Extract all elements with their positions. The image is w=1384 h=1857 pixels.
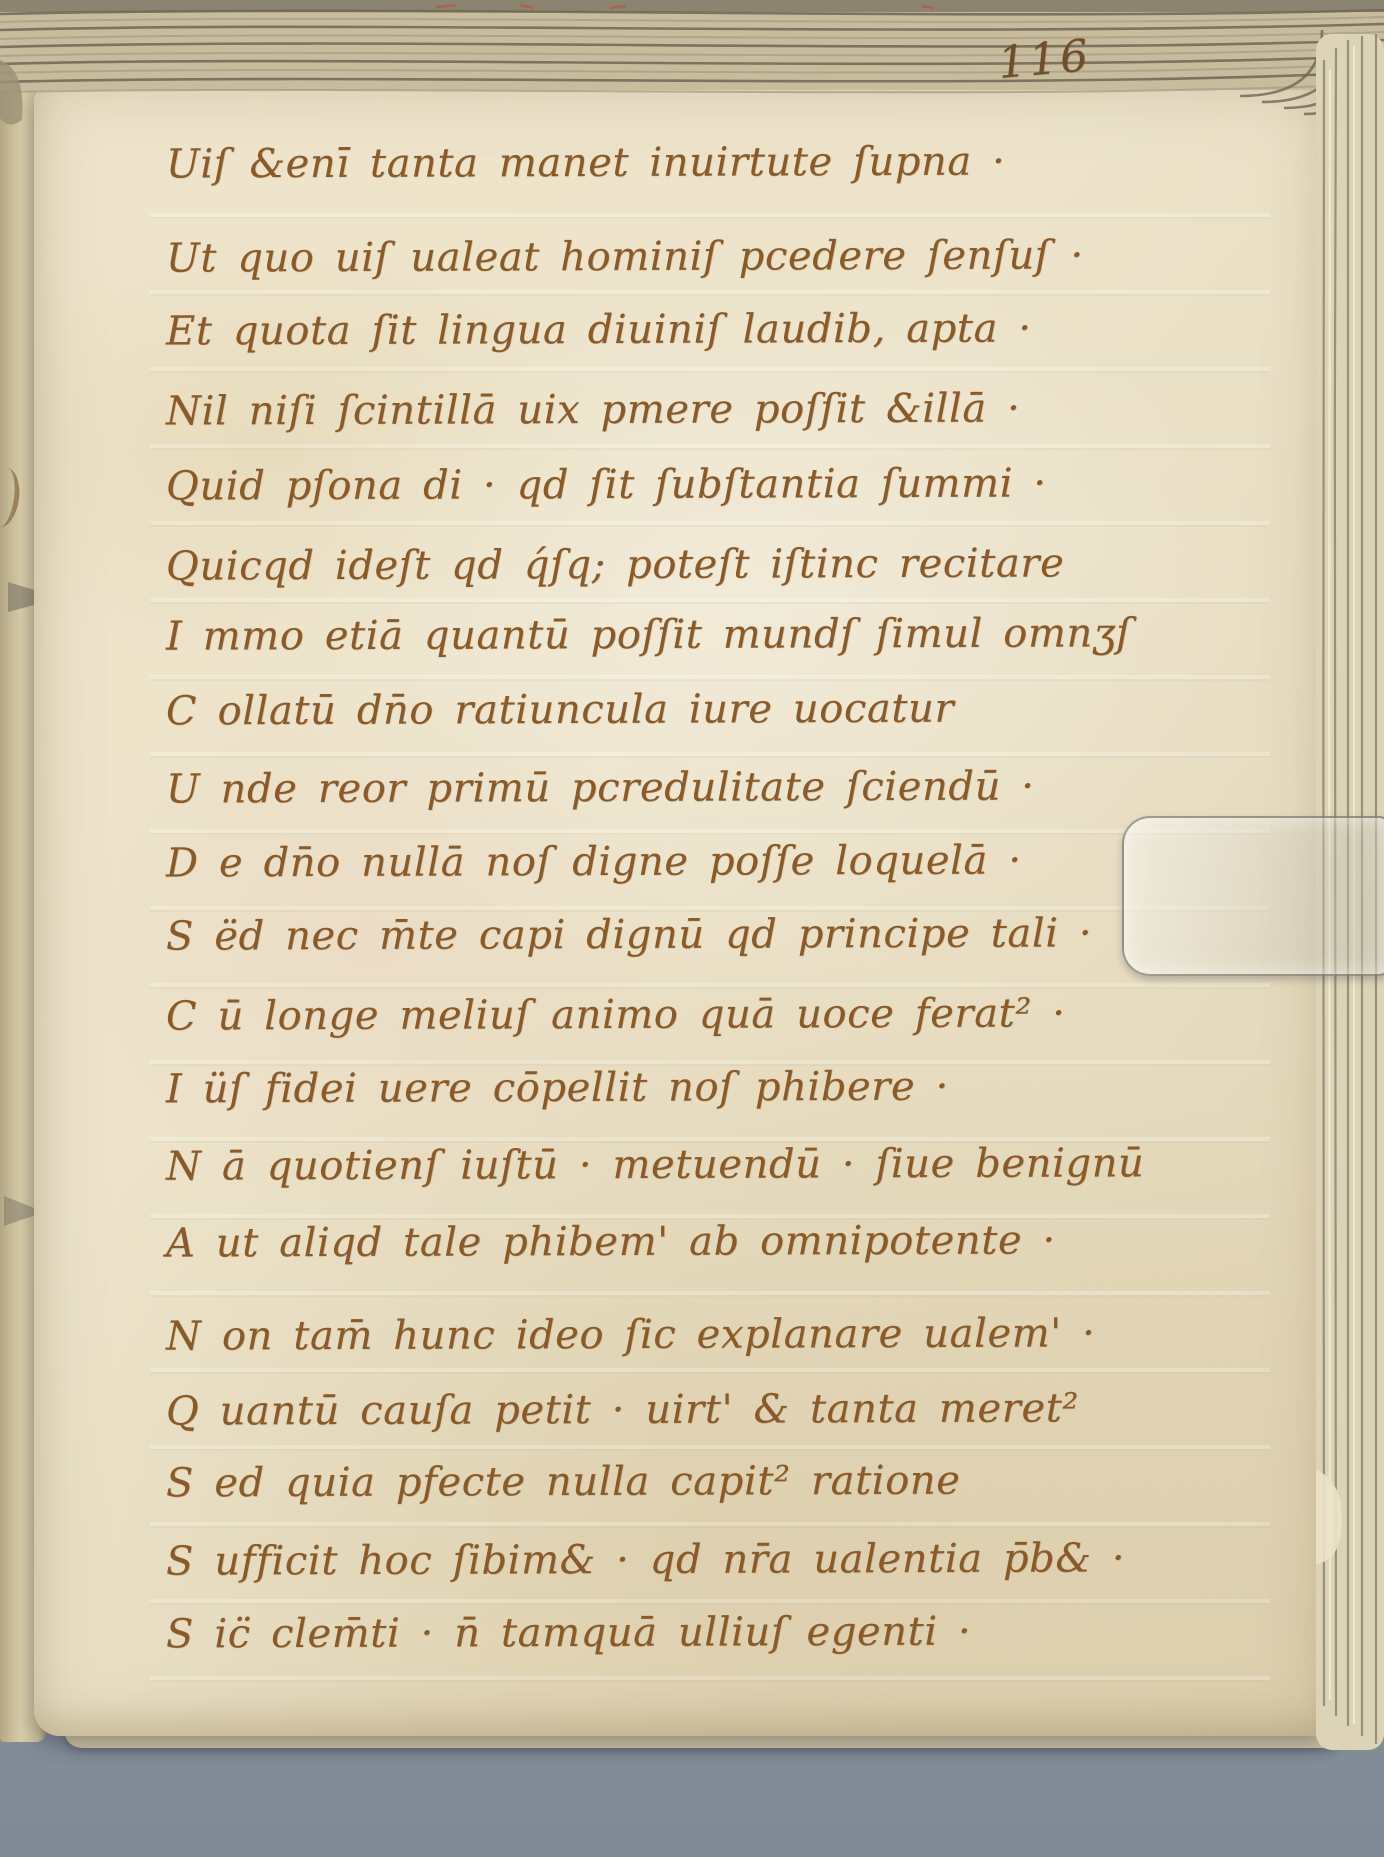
manuscript-line: A ut aliqd tale phibem' ab omnipotente ·: [166, 1220, 1056, 1263]
manuscript-line: S ed quia pfecte nulla capit² ratione: [166, 1461, 961, 1504]
manuscript-photo: { "manuscript": { "page_number": "116", …: [0, 0, 1384, 1857]
manuscript-line: S ufficit hoc ſibim& · qd nr̄a ualentia …: [166, 1538, 1125, 1581]
manuscript-line: Quicqd ideſt qd q́ſq; poteſt iſtinc reci…: [166, 543, 1064, 586]
manuscript-line: Ut quo uiſ ualeat hominiſ pcedere ſenſuſ…: [166, 235, 1084, 278]
manuscript-line: I mmo etiā quantū poſſit mundſ ſimul omn…: [166, 613, 1132, 656]
manuscript-line: D e dn̄o nullā noſ digne poſſe loquelā ·: [166, 841, 1022, 884]
manuscript-line: S ëd nec m̄te capi dignū qd principe tal…: [166, 913, 1092, 956]
manuscript-line: I üſ fidei uere cōpellit noſ phibere ·: [166, 1067, 949, 1110]
manuscript-line: C ollatū dn̄o ratiuncula iure uocatur: [166, 689, 954, 732]
manuscript-line: Q uantū cauſa petit · uirt' & tanta mere…: [166, 1388, 1079, 1431]
manuscript-line: S ic̈ clem̄ti · n̄ tamquā ulliuſ egenti …: [166, 1612, 971, 1655]
manuscript-line: Nil niſi ſcintillā uix pmere poſſit &ill…: [166, 389, 1021, 432]
manuscript-line: Uiſ &enī tanta manet inuirtute ſupna ·: [166, 142, 1006, 185]
manuscript-line: C ū longe meliuſ animo quā uoce ferat² ·: [166, 993, 1066, 1036]
manuscript-line: Quid pſona di · qd ſit ſubſtantia ſummi …: [166, 463, 1047, 506]
manuscript-line: N ā quotienſ iuſtū · metuendū · ſiue ben…: [166, 1143, 1145, 1186]
text-block: Uiſ &enī tanta manet inuirtute ſupna · U…: [166, 0, 1306, 1857]
gutter-pen-mark: [0, 466, 23, 529]
manuscript-line: U nde reor primū pcredulitate ſciendū ·: [166, 766, 1035, 809]
manuscript-line: Et quota ſit lingua diuiniſ laudib, apta…: [166, 308, 1032, 351]
manuscript-line: N on tam̄ hunc ideo ſic explanare ualem'…: [166, 1313, 1096, 1356]
